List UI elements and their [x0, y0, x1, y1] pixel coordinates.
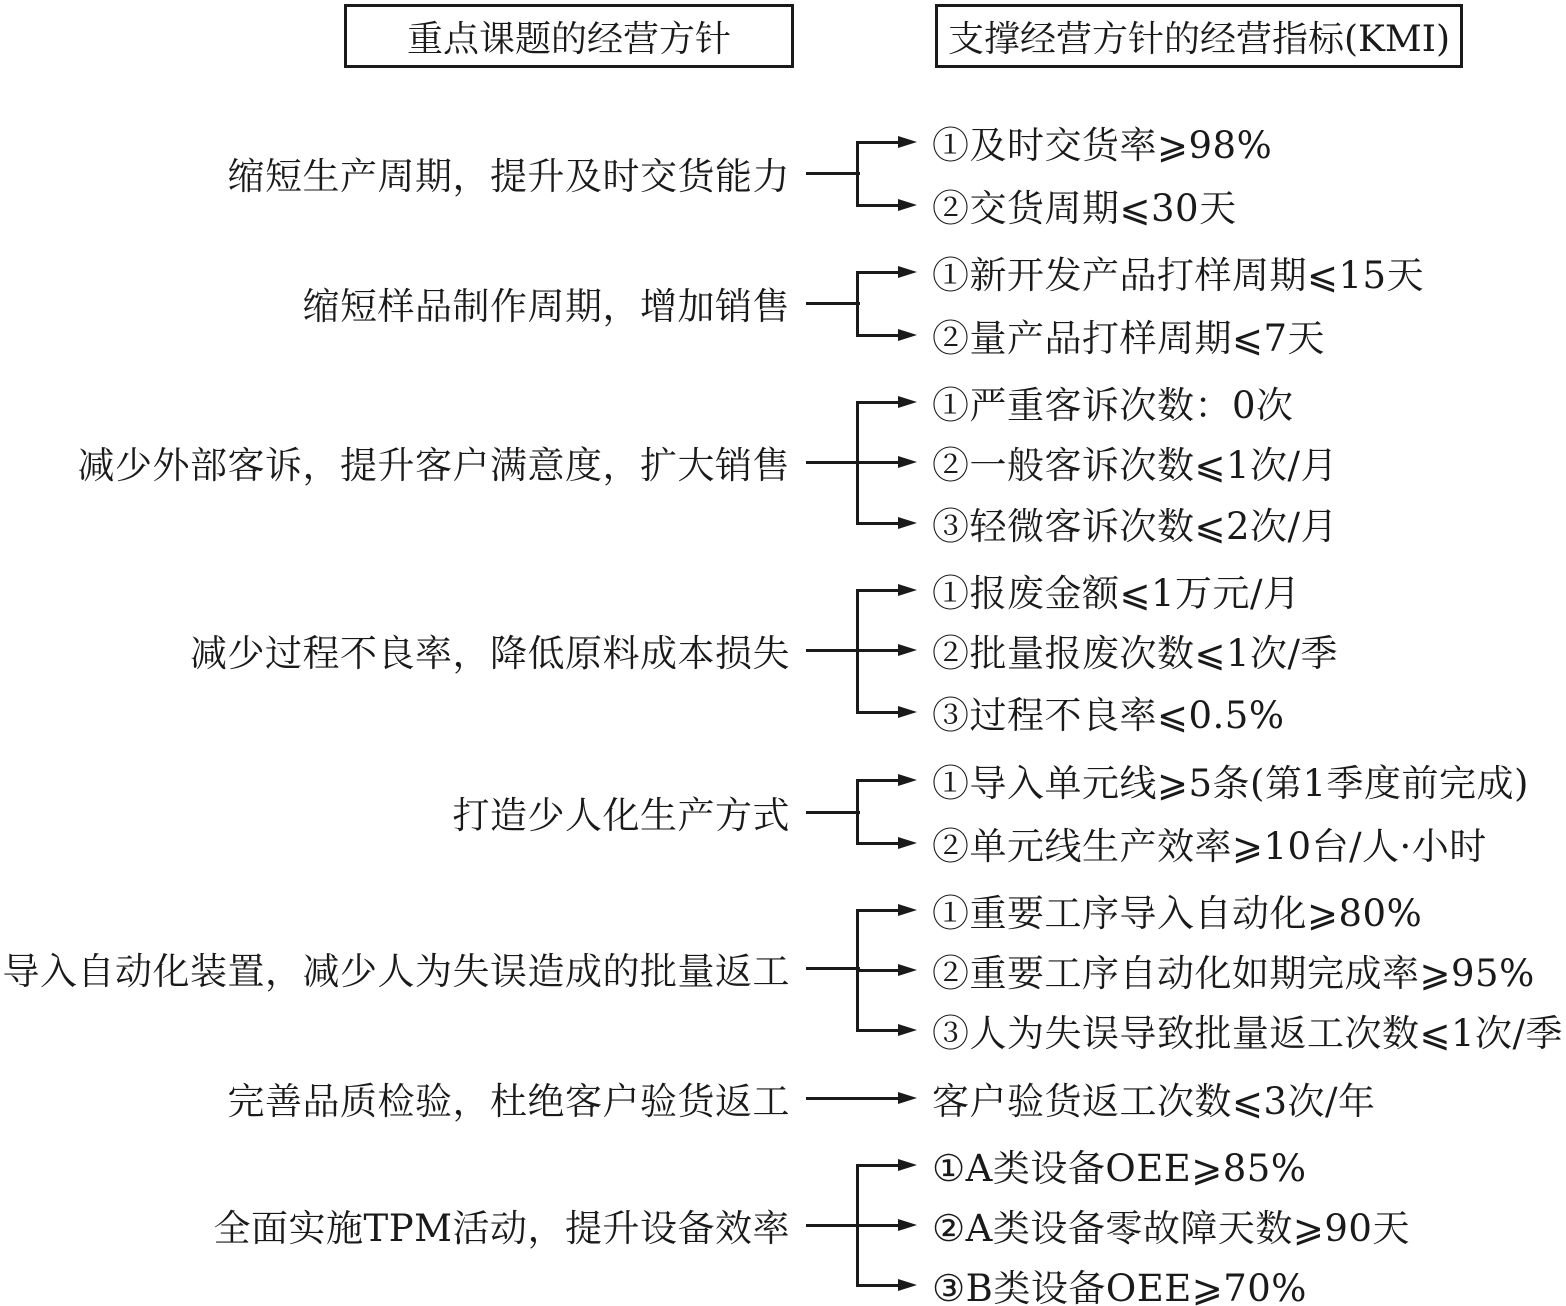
kmi-item: ①及时交货率⩾98% — [932, 115, 1272, 169]
kmi-item: ①报废金额⩽1万元/月 — [932, 563, 1301, 617]
connector-branch — [856, 1284, 898, 1287]
kmi-item: ②量产品打样周期⩽7天 — [932, 308, 1325, 362]
connector-branch — [856, 589, 898, 592]
kmi-item: ②批量报废次数⩽1次/季 — [932, 623, 1338, 677]
policy-kmi-diagram: 重点课题的经营方针 支撑经营方针的经营指标(KMI) 缩短生产周期，提升及时交货… — [0, 0, 1566, 1306]
arrow-head-icon — [898, 456, 917, 468]
kmi-item: ①新开发产品打样周期⩽15天 — [932, 245, 1424, 299]
connector-branch — [856, 334, 898, 337]
header-policy-label: 重点课题的经营方针 — [407, 11, 731, 62]
arrow-head-icon — [898, 136, 917, 148]
arrow-head-icon — [898, 266, 917, 278]
policy-item: 减少过程不良率，降低原料成本损失 — [190, 623, 790, 677]
kmi-item: ②单元线生产效率⩾10台/人·小时 — [932, 816, 1487, 870]
arrow-head-icon — [898, 706, 917, 718]
connector-branch — [856, 1029, 898, 1032]
connector-branch — [856, 969, 898, 972]
connector-branch — [856, 271, 898, 274]
connector-branch — [856, 779, 898, 782]
header-kmi-box: 支撑经营方针的经营指标(KMI) — [935, 4, 1463, 68]
policy-item: 全面实施TPM活动，提升设备效率 — [214, 1198, 790, 1252]
connector-stem — [806, 967, 860, 970]
connector-stem — [806, 1224, 860, 1227]
connector-vertical — [856, 779, 859, 845]
connector-branch — [856, 461, 898, 464]
kmi-item: ③人为失误导致批量返工次数⩽1次/季 — [932, 1003, 1563, 1057]
arrow-head-icon — [898, 517, 917, 529]
kmi-item: ②交货周期⩽30天 — [932, 178, 1237, 232]
policy-item: 打造少人化生产方式 — [453, 785, 791, 839]
connector-stem — [806, 1097, 898, 1100]
arrow-head-icon — [898, 964, 917, 976]
connector-stem — [806, 172, 860, 175]
connector-vertical — [856, 141, 859, 207]
connector-vertical — [856, 271, 859, 337]
header-policy-box: 重点课题的经营方针 — [344, 4, 794, 68]
policy-item: 导入自动化装置，减少人为失误造成的批量返工 — [3, 941, 791, 995]
connector-branch — [856, 401, 898, 404]
connector-branch — [856, 649, 898, 652]
policy-item: 缩短生产周期，提升及时交货能力 — [228, 146, 791, 200]
arrow-head-icon — [898, 199, 917, 211]
arrow-head-icon — [898, 837, 917, 849]
kmi-item: ②A类设备零故障天数⩾90天 — [932, 1198, 1410, 1252]
arrow-head-icon — [898, 774, 917, 786]
arrow-head-icon — [898, 396, 917, 408]
arrow-head-icon — [898, 1279, 917, 1291]
arrow-head-icon — [898, 904, 917, 916]
kmi-item: 客户验货返工次数⩽3次/年 — [932, 1071, 1376, 1125]
arrow-head-icon — [898, 329, 917, 341]
connector-branch — [856, 141, 898, 144]
kmi-item: ①A类设备OEE⩾85% — [932, 1138, 1306, 1192]
kmi-item: ①导入单元线⩾5条(第1季度前完成) — [932, 753, 1529, 807]
connector-branch — [856, 1164, 898, 1167]
kmi-item: ②重要工序自动化如期完成率⩾95% — [932, 943, 1535, 997]
kmi-item: ③轻微客诉次数⩽2次/月 — [932, 496, 1338, 550]
kmi-item: ②一般客诉次数⩽1次/月 — [932, 435, 1338, 489]
connector-branch — [856, 204, 898, 207]
connector-branch — [856, 711, 898, 714]
connector-stem — [806, 649, 860, 652]
kmi-item: ③过程不良率⩽0.5% — [932, 685, 1285, 739]
connector-branch — [856, 1224, 898, 1227]
connector-branch — [856, 909, 898, 912]
arrow-head-icon — [898, 1092, 917, 1104]
arrow-head-icon — [898, 584, 917, 596]
connector-stem — [806, 811, 860, 814]
arrow-head-icon — [898, 1159, 917, 1171]
connector-branch — [856, 522, 898, 525]
policy-item: 减少外部客诉，提升客户满意度，扩大销售 — [78, 435, 791, 489]
arrow-head-icon — [898, 1024, 917, 1036]
policy-item: 完善品质检验，杜绝客户验货返工 — [228, 1071, 791, 1125]
connector-stem — [806, 461, 860, 464]
kmi-item: ①严重客诉次数：0次 — [932, 375, 1294, 429]
connector-branch — [856, 842, 898, 845]
kmi-item: ③B类设备OEE⩾70% — [932, 1258, 1307, 1306]
policy-item: 缩短样品制作周期，增加销售 — [303, 276, 791, 330]
connector-stem — [806, 302, 860, 305]
kmi-item: ①重要工序导入自动化⩾80% — [932, 883, 1422, 937]
arrow-head-icon — [898, 1219, 917, 1231]
header-kmi-label: 支撑经营方针的经营指标(KMI) — [948, 11, 1450, 62]
arrow-head-icon — [898, 644, 917, 656]
